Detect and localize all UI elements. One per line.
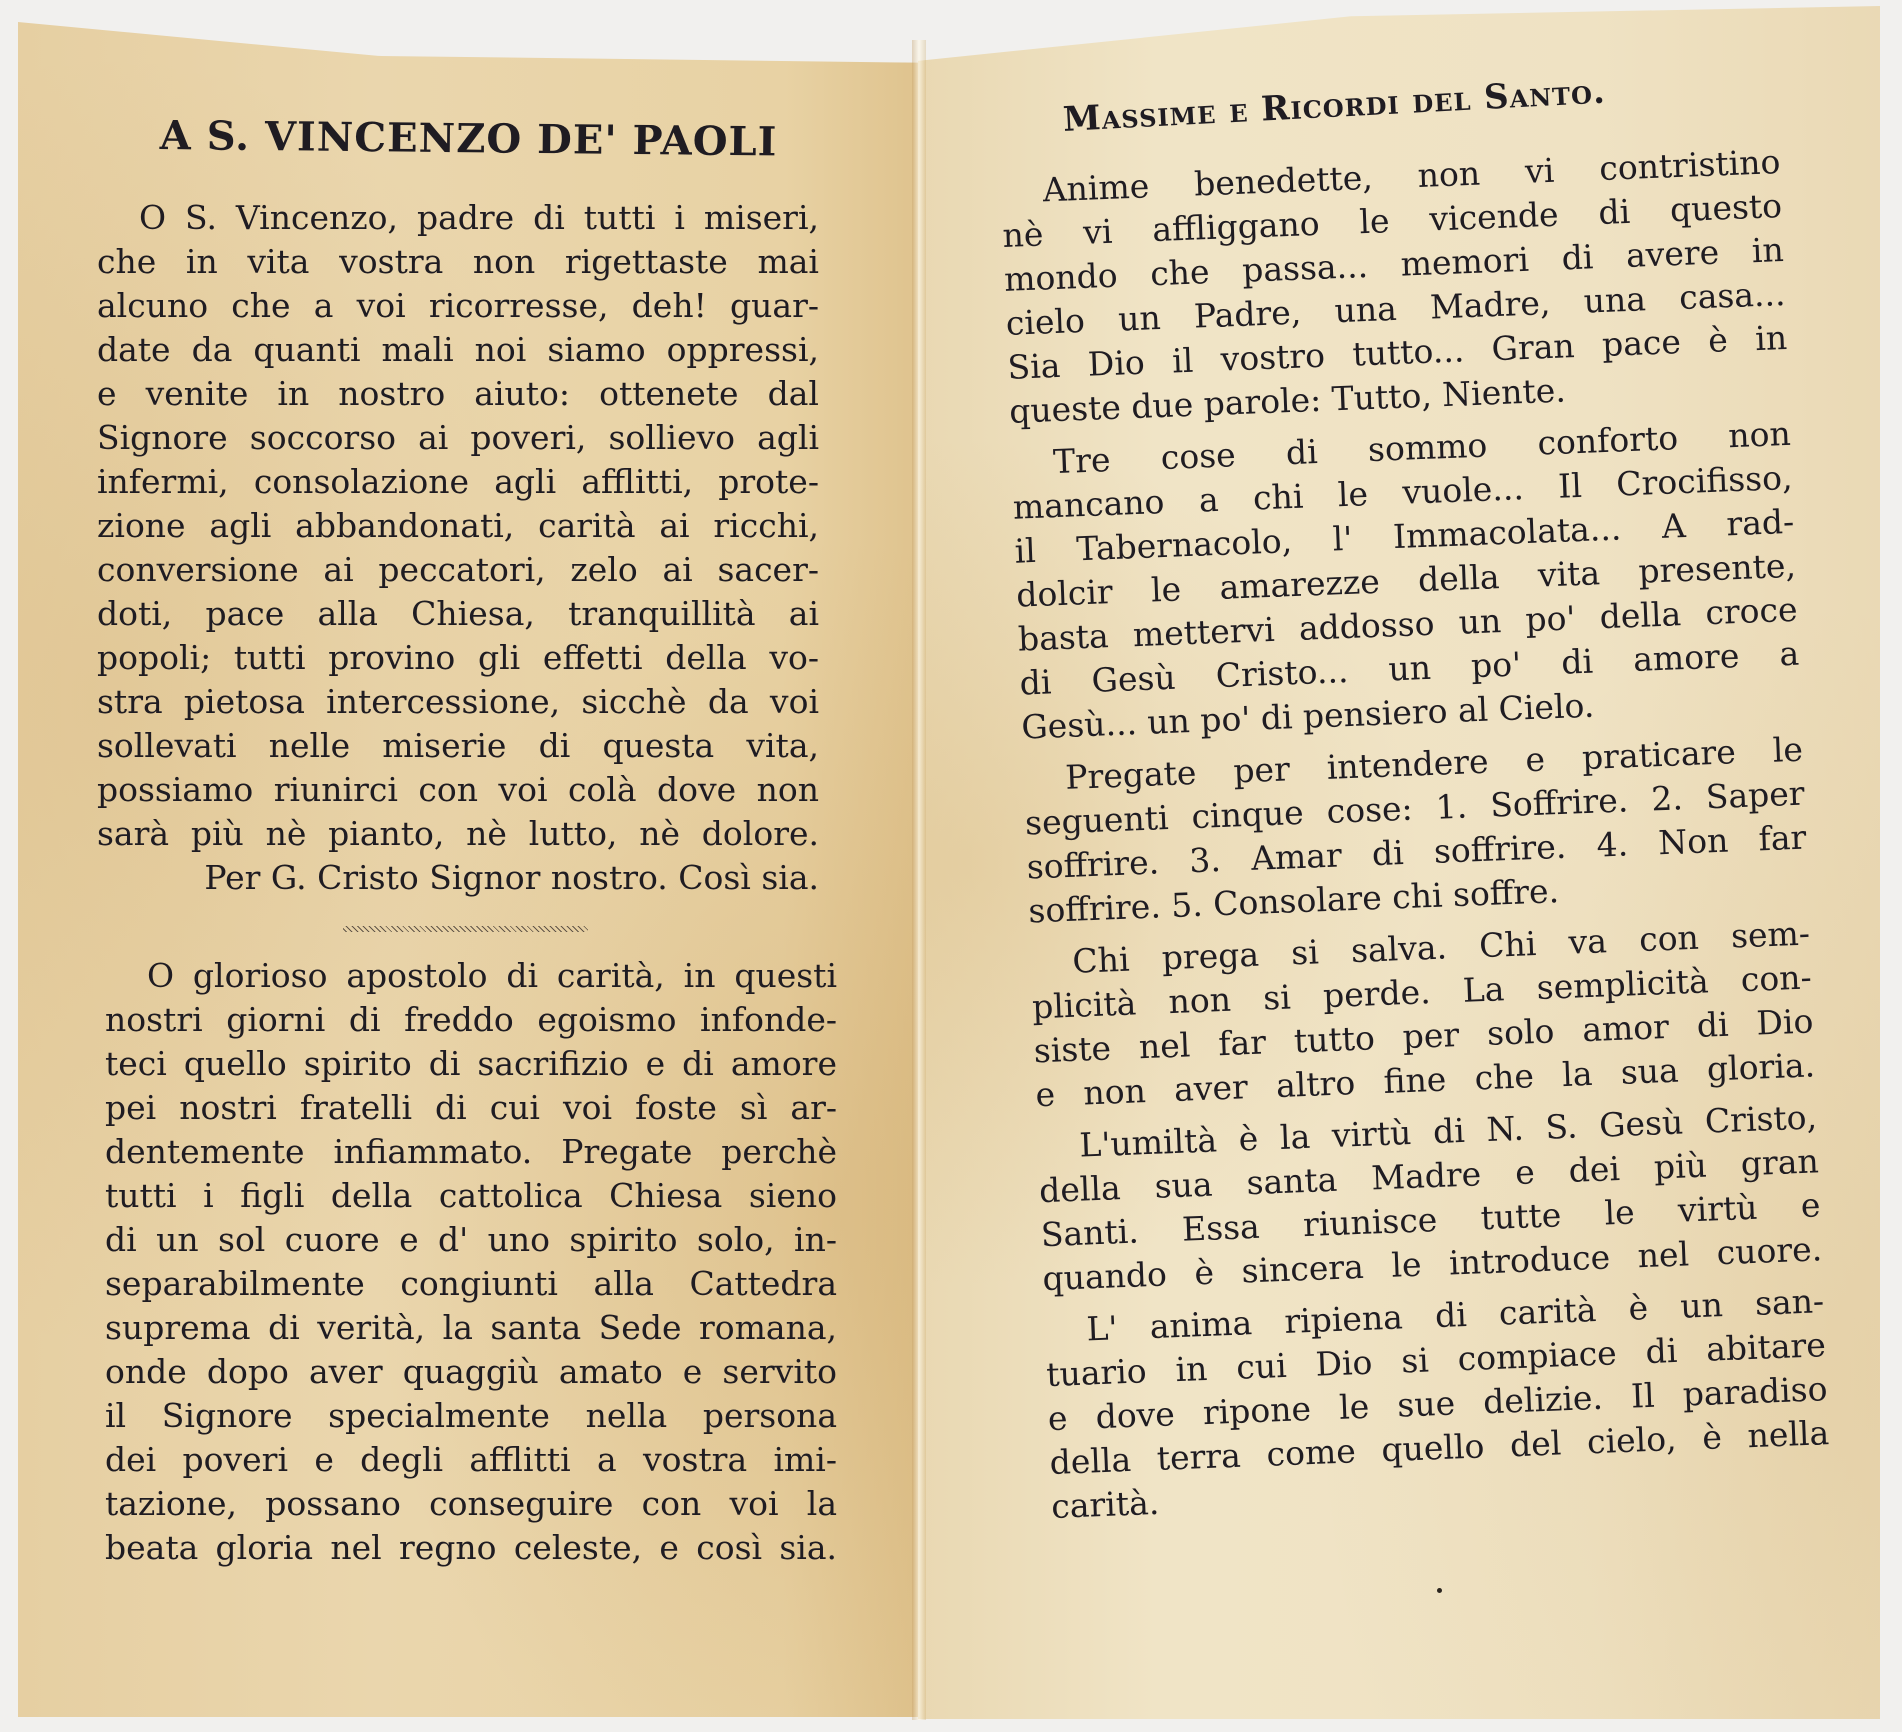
maxim-paragraph: Anime benedette, non vi contristino nè v… — [1000, 140, 1790, 434]
text-line: di un sol cuore e d' uno spirito solo, i… — [105, 1218, 837, 1262]
text-line: sarà più nè pianto, nè lutto, nè dolore. — [97, 812, 819, 856]
text-line: possiamo riunirci con voi colà dove non — [97, 768, 819, 812]
maxim-paragraph: L'umiltà è la virtù di N. S. Gesù Cristo… — [1037, 1095, 1823, 1301]
text-line: tutti i figli della cattolica Chiesa sie… — [105, 1174, 837, 1218]
prayer-2: O glorioso apostolo di carità, in questi… — [105, 954, 837, 1570]
prayer-1: O S. Vincenzo, padre di tutti i miseri, … — [97, 196, 819, 900]
text-line: teci quello spirito di sacrifizio e di a… — [105, 1042, 837, 1086]
text-line: pei nostri fratelli di cui voi foste sì … — [105, 1086, 837, 1130]
text-line: dentemente infiammato. Pregate perchè — [105, 1130, 837, 1174]
wavy-divider — [343, 926, 588, 932]
text-line: suprema di verità, la santa Sede romana, — [105, 1306, 837, 1350]
text-line: il Signore specialmente nella persona — [105, 1394, 837, 1438]
book-gutter — [912, 40, 926, 1720]
text-line: O S. Vincenzo, padre di tutti i miseri, — [97, 196, 819, 240]
maxims-section: Anime benedette, non vi contristino nè v… — [1000, 140, 1832, 1537]
text-line: sollevati nelle miserie di questa vita, — [97, 724, 819, 768]
text-line: tazione, possano conseguire con voi la — [105, 1482, 837, 1526]
text-line: doti, pace alla Chiesa, tranquillità ai — [97, 592, 819, 636]
text-line: nostri giorni di freddo egoismo infonde- — [105, 998, 837, 1042]
text-line: zione agli abbandonati, carità ai ricchi… — [97, 504, 819, 548]
text-line: date da quanti mali noi siamo oppressi, — [97, 328, 819, 372]
text-line: stra pietosa intercessione, sicchè da vo… — [97, 680, 819, 724]
text-line: Per G. Cristo Signor nostro. Così sia. — [97, 856, 819, 900]
text-line: e venite in nostro aiuto: ottenete dal — [97, 372, 819, 416]
text-line: onde dopo aver quaggiù amato e servito — [105, 1350, 837, 1394]
paper-speck — [1437, 1588, 1442, 1593]
text-line: dei poveri e degli afflitti a vostra imi… — [105, 1438, 837, 1482]
text-line: separabilmente congiunti alla Cattedra — [105, 1262, 837, 1306]
maxim-paragraph: Chi prega si salva. Chi va con sem- plic… — [1030, 911, 1816, 1117]
text-line: alcuno che a voi ricorresse, deh! guar- — [97, 284, 819, 328]
maxim-paragraph: Tre cose di sommo conforto non mancano a… — [1010, 412, 1801, 750]
text-line: che in vita vostra non rigettaste mai — [97, 240, 819, 284]
maxim-paragraph: Pregate per intendere e praticare le seg… — [1023, 728, 1809, 934]
left-page-title: A S. VINCENZO DE' PAOLI — [160, 112, 778, 165]
text-line: O glorioso apostolo di carità, in questi — [105, 954, 837, 998]
text-line: infermi, consolazione agli afflitti, pro… — [97, 460, 819, 504]
text-line: Signore soccorso ai poveri, sollievo agl… — [97, 416, 819, 460]
text-line: beata gloria nel regno celeste, e così s… — [105, 1526, 837, 1570]
maxim-paragraph: L' anima ripiena di carità è un san- tua… — [1044, 1279, 1832, 1529]
text-line: conversione ai peccatori, zelo ai sacer- — [97, 548, 819, 592]
text-line: popoli; tutti provino gli effetti della … — [97, 636, 819, 680]
